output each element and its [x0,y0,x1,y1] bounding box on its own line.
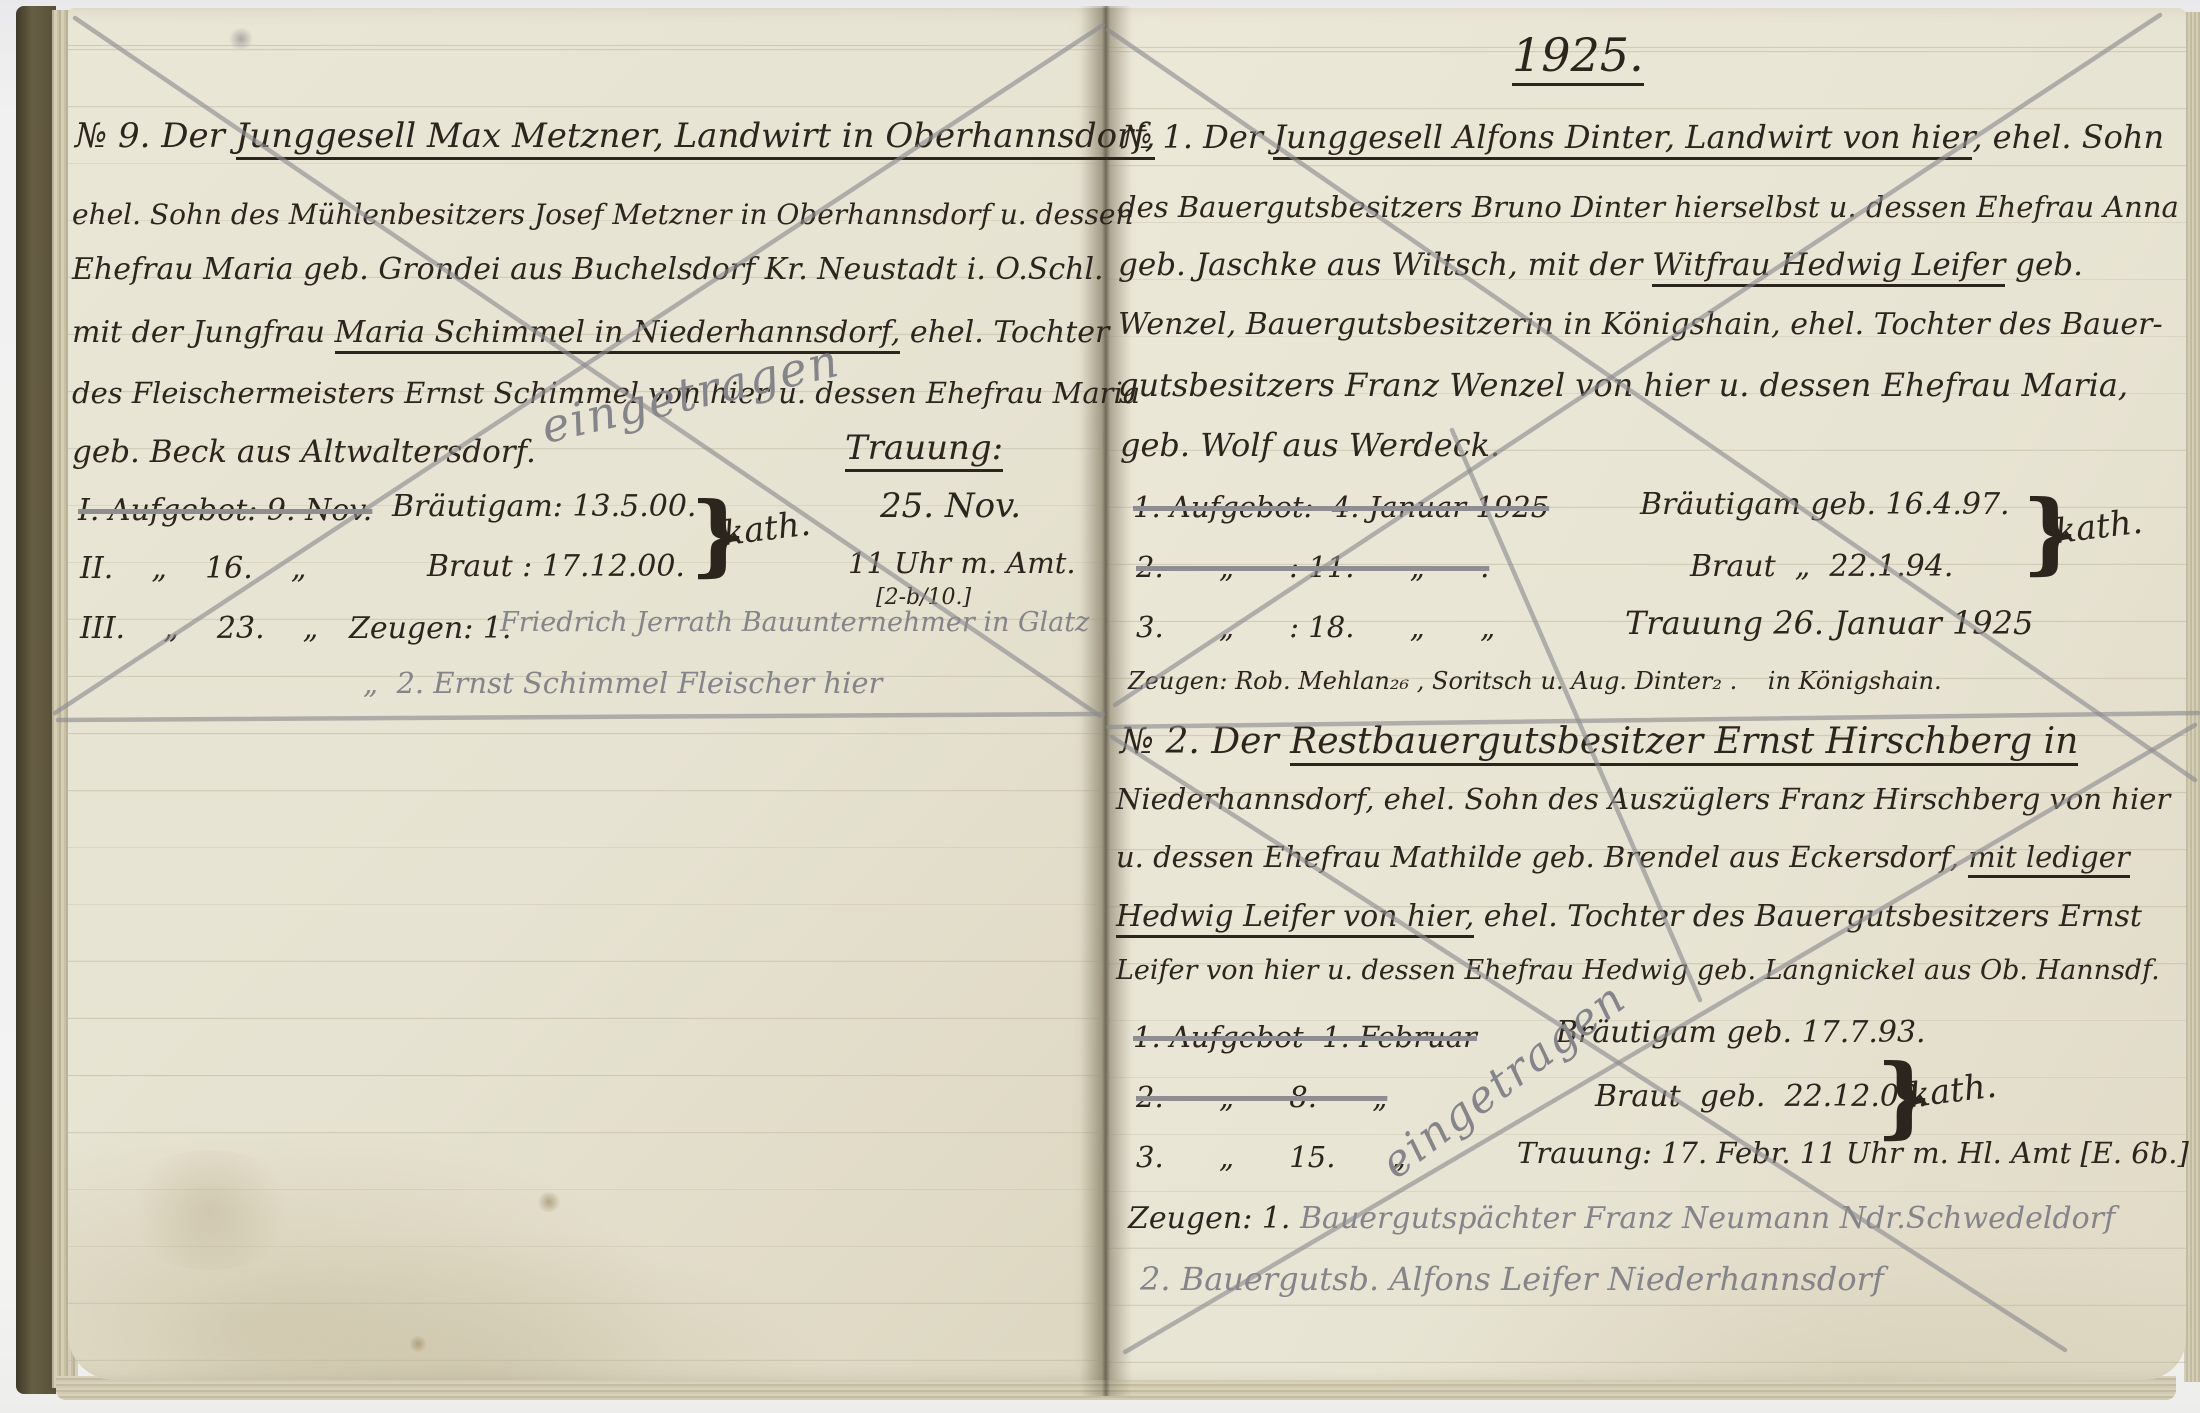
entry1-line3: geb. Jaschke aus Wiltsch, mit der Witfra… [1118,248,2083,282]
entry1-witnesses: Zeugen: Rob. Mehlan₂₆ , Soritsch u. Aug.… [1128,668,1942,694]
entry1-bann3: 3. „ : 18. „ „ [1136,612,1495,644]
entry1-bride-born: Braut „ 22.1.94. [1690,550,1953,583]
entry2-line2: Niederhannsdorf, ehel. Sohn des Auszügle… [1116,784,2170,816]
page-stack-right-edge [2184,12,2200,1382]
entry2-wedding: Trauung: 17. Febr. 11 Uhr m. Hl. Amt [E.… [1517,1138,2189,1170]
entry1-groom-born: Bräutigam geb. 16.4.97. [1640,488,2010,521]
entry9-witness-label: Zeugen: 1. [349,612,521,645]
entry1-bann1: 1. Aufgebot: 4. Januar 1925 [1133,492,1549,524]
entry1-line6: geb. Wolf aus Werdeck. [1120,428,1500,463]
year-heading: 1925. [1512,30,1644,81]
entry9-line3: Ehefrau Maria geb. Grondei aus Buchelsdo… [72,253,1104,286]
book-cover-edge [16,6,56,1394]
entry9-line1: № 9. Der Junggesell Max Metzner, Landwir… [75,118,1155,155]
entry9-wedding-date: 25. Nov. [880,488,1021,525]
entry9-wedding-time: 11 Uhr m. Amt. [848,548,1076,580]
entry1-line4: Wenzel, Bauergutsbesitzerin in Königshai… [1118,308,2163,341]
entry9-bann1: I. Aufgebot: 9. Nov. [78,494,372,527]
entry1-line1: № 1. Der Junggesell Alfons Dinter, Landw… [1122,120,2164,155]
entry2-bann2: 2. „ 8. „ [1136,1082,1387,1114]
entry1-wedding: Trauung 26. Januar 1925 [1625,606,2033,641]
entry9-bride-born: Braut : 17.12.00. [427,550,685,583]
entry9-line6: geb. Beck aus Altwaltersdorf. [72,435,536,469]
entry9-bann2: II. „ 16. „ [80,552,306,585]
entry9-line2: ehel. Sohn des Mühlenbesitzers Josef Met… [72,200,1133,231]
entry2-bann1: 1. Aufgebot 1. Februar [1133,1022,1477,1054]
entry9-groom-born: Bräutigam: 13.5.00. [392,490,696,523]
entry9-bann3: III. „ 23. „ [80,612,318,645]
entry9-witness2: „ 2. Ernst Schimmel Fleischer hier [363,668,882,700]
entry1-line5: gutsbesitzers Franz Wenzel von hier u. d… [1118,368,2128,403]
entry1-bann2: 2. „ : 11. „ . [1136,552,1489,584]
entry9-line4: mit der Jungfrau Maria Schimmel in Niede… [72,316,1109,349]
entry2-witness1: Zeugen: 1. Bauergutspächter Franz Neuman… [1128,1202,2115,1235]
trauung-heading: Trauung: [845,430,1003,467]
entry2-line4: Hedwig Leifer von hier, ehel. Tochter de… [1116,900,2142,933]
entry2-line3: u. dessen Ehefrau Mathilde geb. Brendel … [1116,842,2130,874]
entry2-bann3: 3. „ 15. „ [1136,1142,1406,1174]
register-book: 1925.№ 9. Der Junggesell Max Metzner, La… [0,0,2200,1413]
entry1-line2: des Bauergutsbesitzers Bruno Dinter hier… [1118,192,2179,224]
entry2-line1: № 2. Der Restbauergutsbesitzer Ernst Hir… [1120,722,2078,762]
entry2-line5: Leifer von hier u. dessen Ehefrau Hedwig… [1116,956,2160,986]
entry2-witness2: 2. Bauergutsb. Alfons Leifer Niederhanns… [1140,1262,1884,1297]
entry9-witness1: Friedrich Jerrath Bauunternehmer in Glat… [500,608,1089,638]
